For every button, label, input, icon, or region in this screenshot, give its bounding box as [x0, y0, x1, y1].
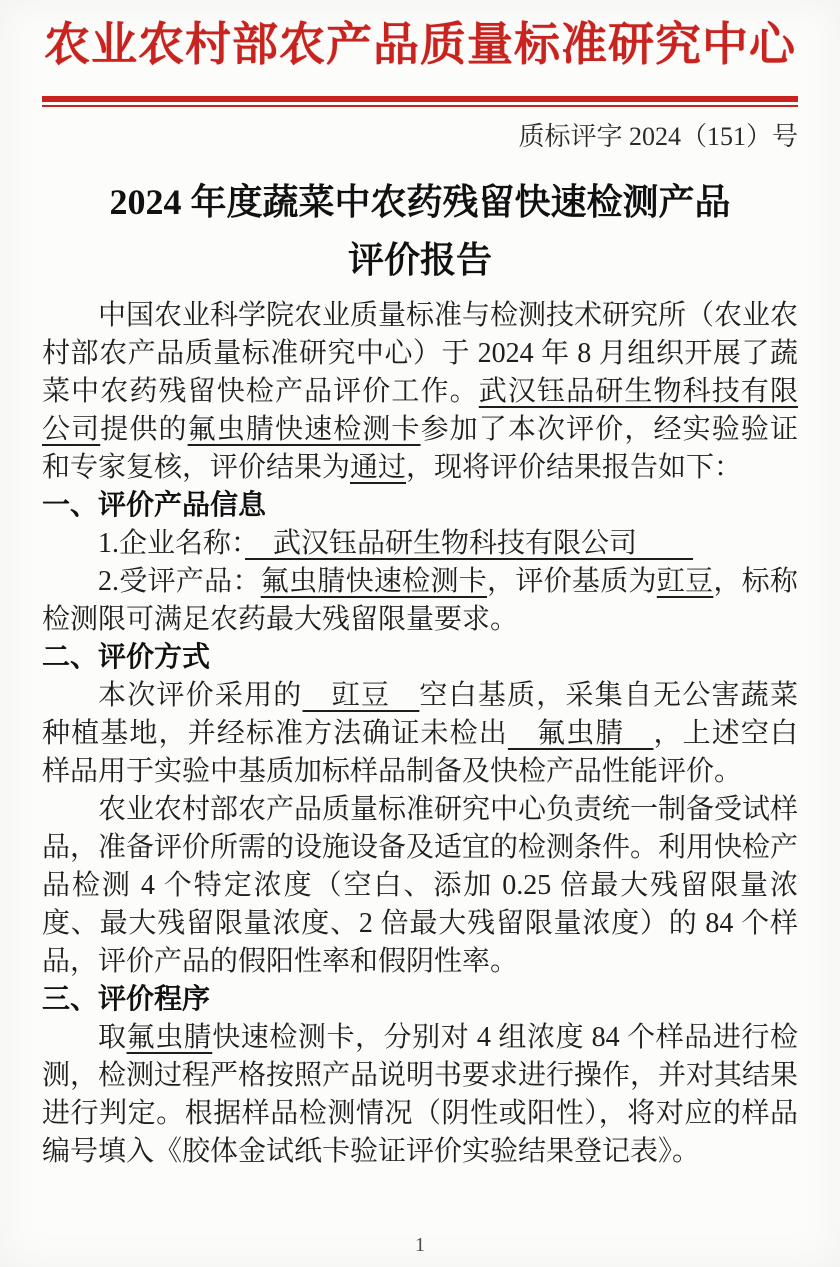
text-run: 农业农村部农产品质量标准研究中心负责统一制备受试样品，准备评价所需的设施设备及适…: [42, 794, 798, 977]
section-heading: 二、评价方式: [42, 639, 798, 677]
section-heading: 三、评价程序: [42, 981, 798, 1019]
divider-thin-line: [42, 105, 798, 107]
text-run: 三、评价程序: [42, 984, 210, 1015]
paragraph: 2.受评产品：氟虫腈快速检测卡，评价基质为豇豆，标称检测限可满足农药最大残留限量…: [42, 563, 798, 639]
paragraph: 1.企业名称： 武汉钰品研生物科技有限公司: [42, 525, 798, 563]
underlined-text: 氟虫腈: [508, 718, 654, 749]
report-title-line1: 2024 年度蔬菜中农药残留快速检测产品: [109, 182, 730, 222]
document-number: 质标评字 2024（151）号: [42, 119, 798, 155]
underlined-text: 氟虫腈快速检测卡: [261, 566, 487, 597]
text-run: ，现将评价结果报告如下：: [406, 452, 742, 483]
paragraph: 取氟虫腈快速检测卡，分别对 4 组浓度 84 个样品进行检测，检测过程严格按照产…: [42, 1019, 798, 1171]
underlined-text: 武汉钰品研生物科技有限公司: [245, 528, 693, 559]
text-run: ，评价基质为: [487, 566, 657, 597]
underlined-text: 氟虫腈快速检测卡: [188, 414, 421, 445]
paragraph: 中国农业科学院农业质量标准与检测技术研究所（农业农村部农产品质量标准研究中心）于…: [42, 297, 798, 487]
divider-thick-line: [42, 96, 798, 102]
text-run: 取: [98, 1022, 127, 1053]
report-title: 2024 年度蔬菜中农药残留快速检测产品 评价报告: [42, 173, 798, 289]
paragraph: 农业农村部农产品质量标准研究中心负责统一制备受试样品，准备评价所需的设施设备及适…: [42, 791, 798, 981]
section-heading: 一、评价产品信息: [42, 487, 798, 525]
underlined-text: 通过: [350, 452, 406, 483]
scanned-report-page: 农业农村部农产品质量标准研究中心 质标评字 2024（151）号 2024 年度…: [0, 0, 840, 1267]
letterhead-title: 农业农村部农产品质量标准研究中心: [42, 14, 798, 76]
text-run: 本次评价采用的: [98, 680, 303, 711]
underlined-text: 氟虫腈: [127, 1022, 213, 1053]
paragraph: 本次评价采用的 豇豆 空白基质，采集自无公害蔬菜种植基地，并经标准方法确证未检出…: [42, 677, 798, 791]
report-body: 中国农业科学院农业质量标准与检测技术研究所（农业农村部农产品质量标准研究中心）于…: [42, 297, 798, 1171]
text-run: 1.企业名称：: [98, 528, 245, 559]
underlined-text: 豇豆: [303, 680, 420, 711]
page-number: 1: [0, 1234, 840, 1257]
letterhead-divider: [42, 96, 798, 107]
text-run: 提供的: [100, 414, 187, 445]
underlined-text: 豇豆: [657, 566, 714, 597]
text-run: 二、评价方式: [42, 642, 210, 673]
report-title-line2: 评价报告: [348, 240, 492, 280]
text-run: 一、评价产品信息: [42, 490, 266, 521]
text-run: 2.受评产品：: [98, 566, 261, 597]
